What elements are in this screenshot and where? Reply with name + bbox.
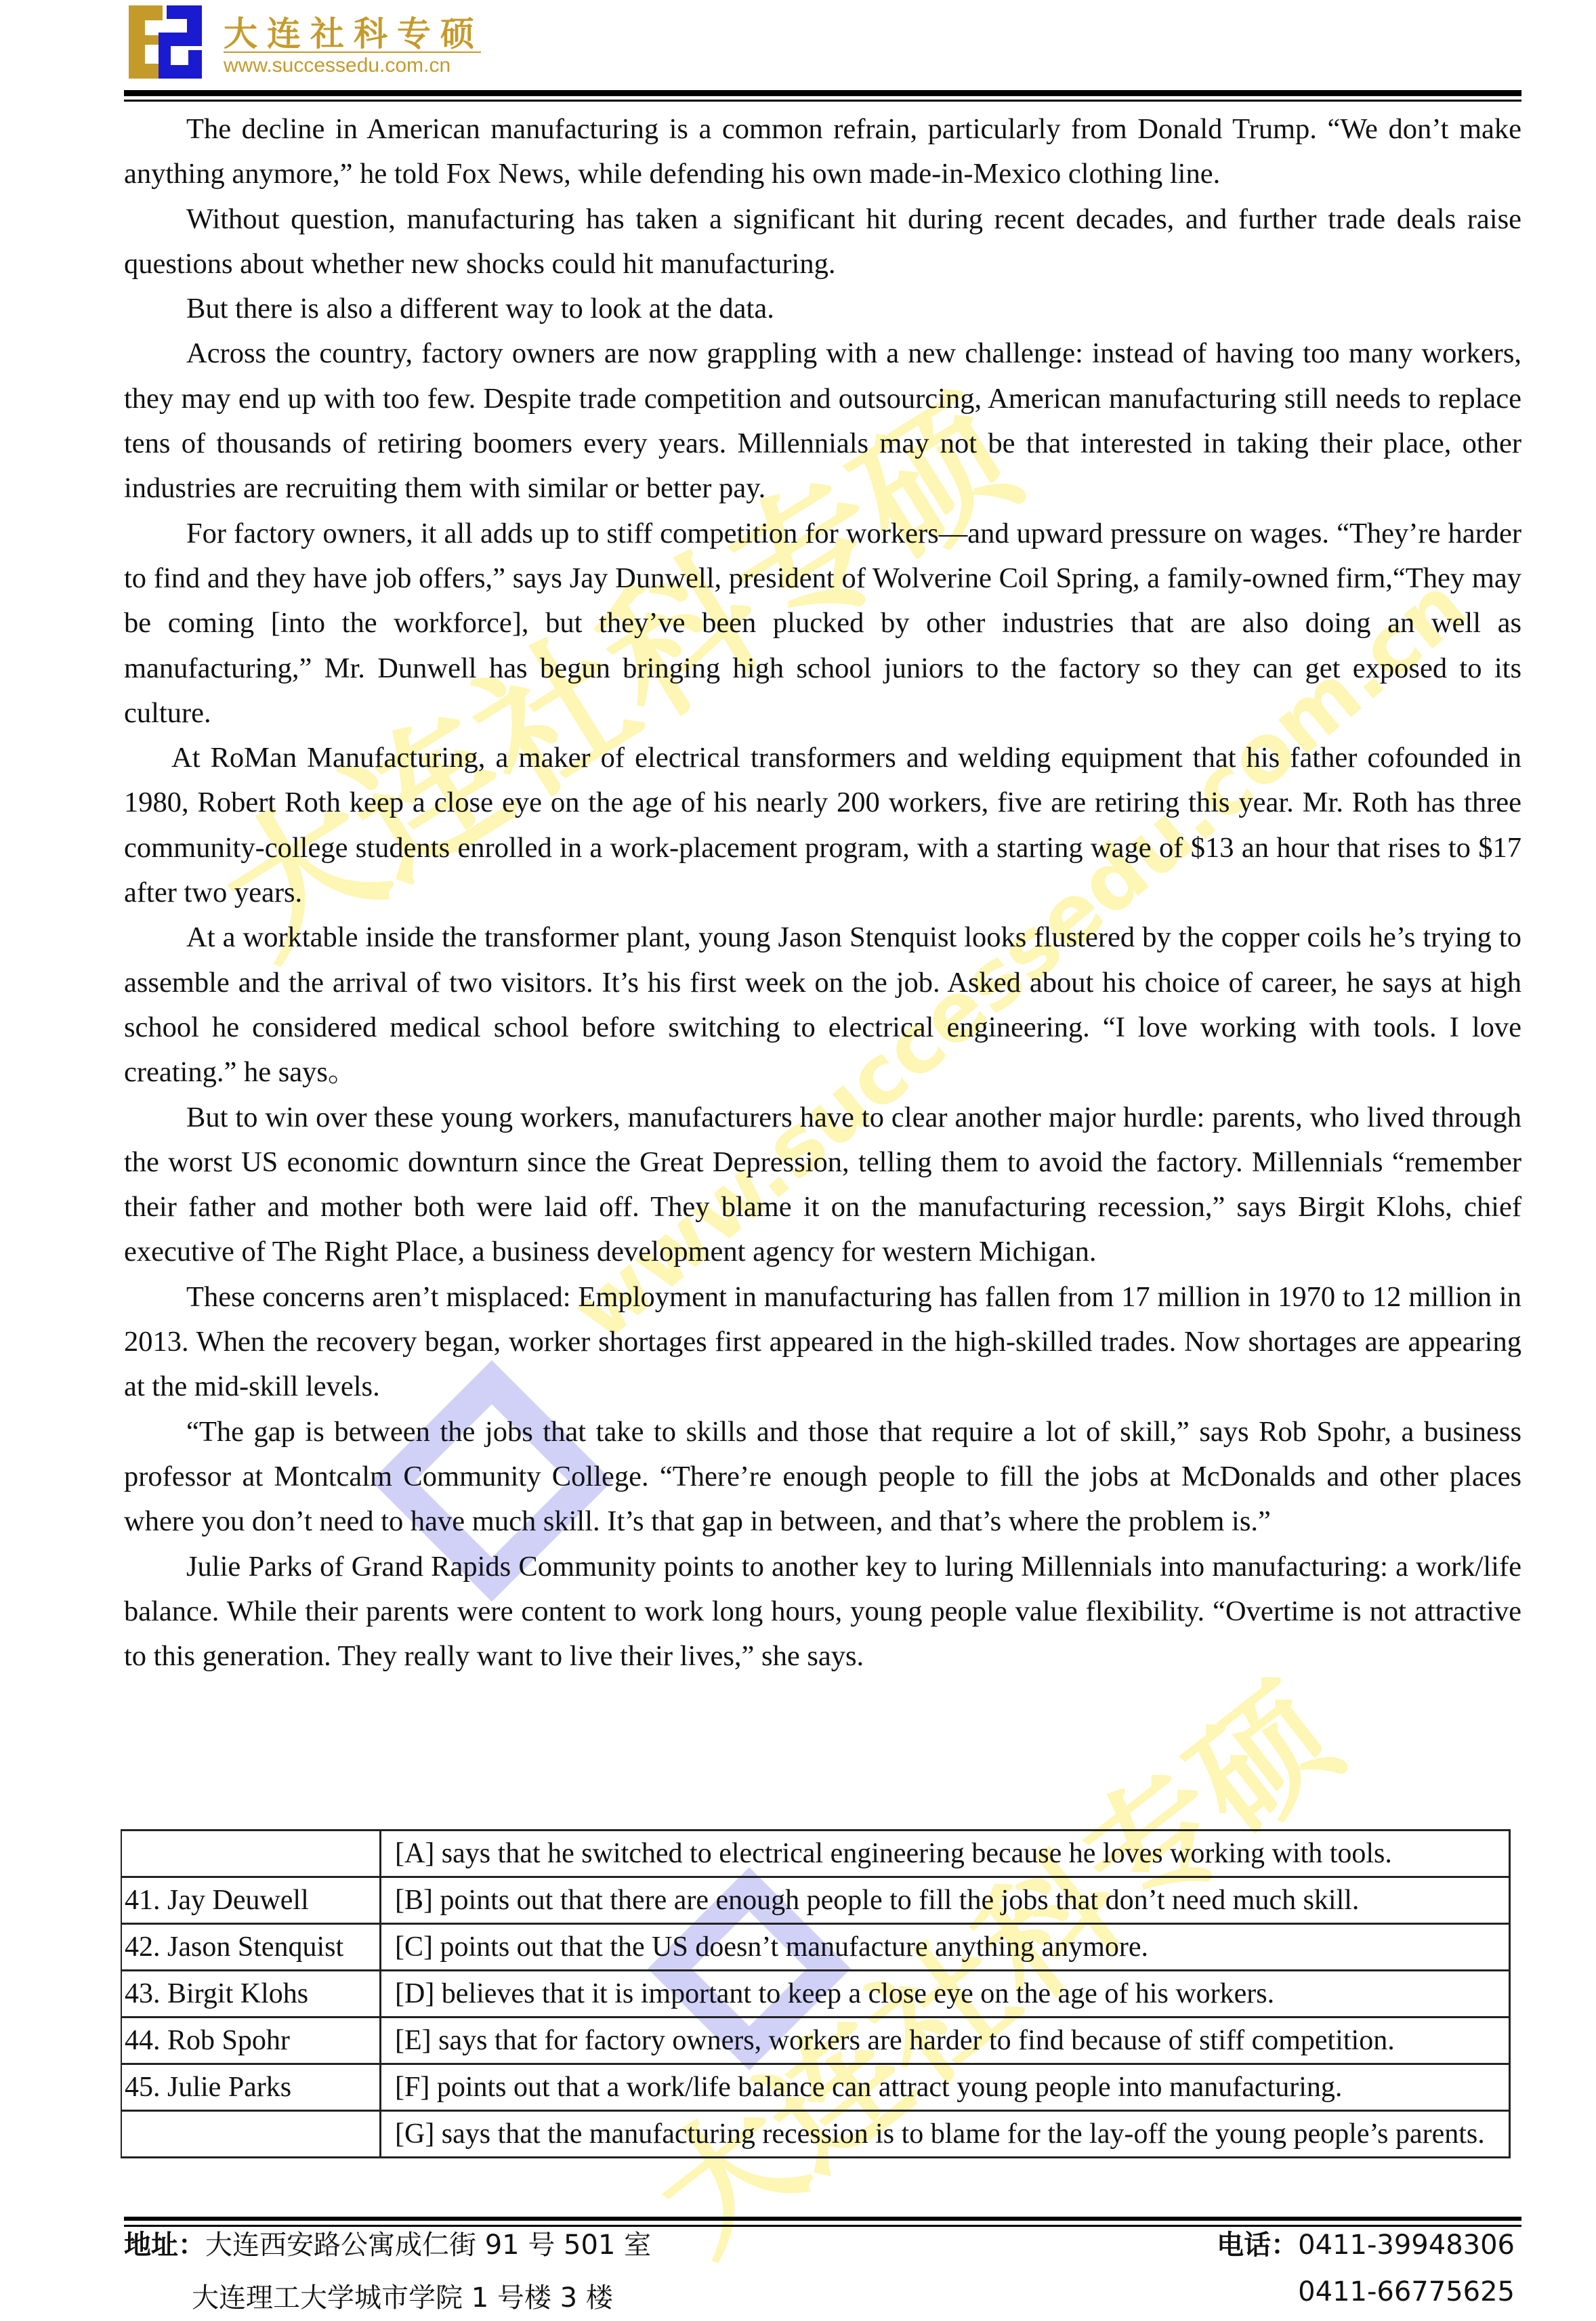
option-cell: [E] says that for factory owners, worker… [381,2017,1510,2064]
article-body: The decline in American manufacturing is… [124,107,1521,1679]
header-rule [124,90,1521,96]
article-paragraph: But there is also a different way to loo… [124,287,1521,331]
header-rule-thin [124,100,1521,102]
table-row: [A] says that he switched to electrical … [121,1831,1510,1877]
article-paragraph: The decline in American manufacturing is… [124,107,1521,197]
address-line-2: 大连理工大学城市学院 1 号楼 3 楼 [192,2276,613,2315]
phone-2: 0411-66775625 [1298,2276,1515,2307]
address-line-1: 大连西安路公寓成仁街 91 号 501 室 [205,2230,651,2261]
article-paragraph: Across the country, factory owners are n… [124,331,1521,511]
speaker-cell: 43. Birgit Klohs [121,1971,381,2017]
option-cell: [C] points out that the US doesn’t manuf… [381,1924,1510,1971]
option-cell: [D] believes that it is important to kee… [381,1971,1510,2017]
option-cell: [A] says that he switched to electrical … [381,1831,1510,1877]
article-paragraph: “The gap is between the jobs that take t… [124,1410,1521,1545]
article-paragraph: But to win over these young workers, man… [124,1095,1521,1275]
footer-address: 地址：大连西安路公寓成仁街 91 号 501 室 [124,2223,651,2262]
option-cell: [G] says that the manufacturing recessio… [381,2111,1510,2158]
article-paragraph: At RoMan Manufacturing, a maker of elect… [124,736,1521,915]
table-row: [G] says that the manufacturing recessio… [121,2111,1510,2158]
phone-1: 0411-39948306 [1298,2230,1515,2261]
brand-divider [224,51,481,53]
phone-label: 电话： [1217,2230,1298,2261]
article-paragraph: For factory owners, it all adds up to st… [124,511,1521,736]
table-row: 44. Rob Spohr [E] says that for factory … [121,2017,1510,2064]
table-row: 41. Jay Deuwell [B] points out that ther… [121,1877,1510,1924]
option-cell: [B] points out that there are enough peo… [381,1877,1510,1924]
address-label: 地址： [124,2230,205,2261]
speaker-cell: 41. Jay Deuwell [121,1877,381,1924]
option-cell: [F] points out that a work/life balance … [381,2064,1510,2111]
brand-url: www.successedu.com.cn [224,54,450,77]
footer-phone: 电话：0411-39948306 [1217,2223,1515,2262]
speaker-cell [121,1831,381,1877]
matching-table: [A] says that he switched to electrical … [121,1829,1511,2158]
speaker-cell: 45. Julie Parks [121,2064,381,2111]
article-paragraph: Julie Parks of Grand Rapids Community po… [124,1545,1521,1679]
article-paragraph: These concerns aren’t misplaced: Employm… [124,1275,1521,1410]
article-paragraph: At a worktable inside the transformer pl… [124,915,1521,1095]
speaker-cell: 42. Jason Stenquist [121,1924,381,1971]
table-row: 43. Birgit Klohs [D] believes that it is… [121,1971,1510,2017]
speaker-cell [121,2111,381,2158]
brand-name: 大连社科专硕 [224,7,484,56]
article-paragraph: Without question, manufacturing has take… [124,197,1521,287]
speaker-cell: 44. Rob Spohr [121,2017,381,2064]
logo-mark-icon [129,5,202,79]
table-row: 45. Julie Parks [F] points out that a wo… [121,2064,1510,2111]
footer-rule [124,2217,1521,2221]
brand-logo: 大连社科专硕 www.successedu.com.cn [129,5,481,79]
table-row: 42. Jason Stenquist [C] points out that … [121,1924,1510,1971]
